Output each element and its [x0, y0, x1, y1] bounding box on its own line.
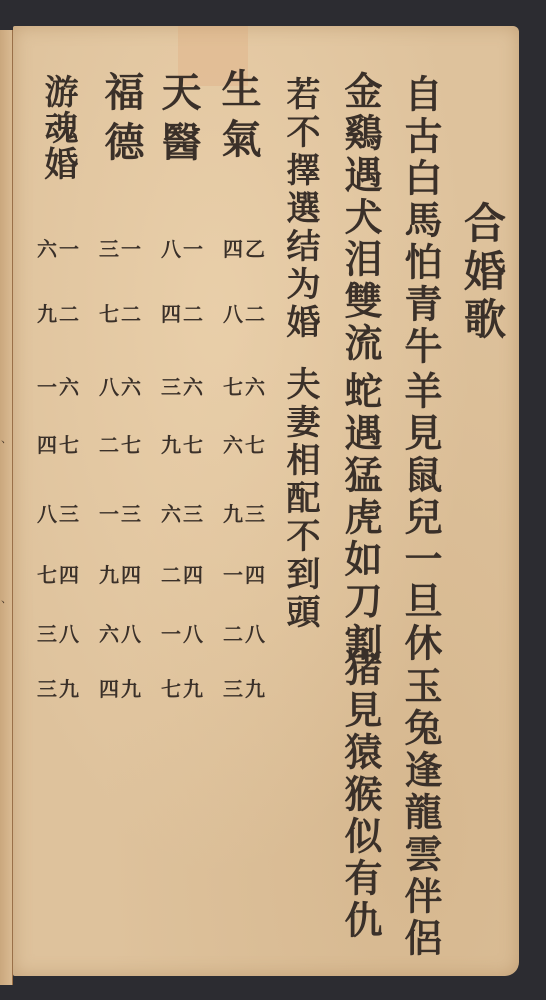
number-pair: 三六: [161, 371, 223, 400]
number-pair: 九七: [161, 429, 223, 458]
number-row: 一六八六三六七六: [37, 371, 285, 400]
verse-line: 羊見鼠兒一旦休: [401, 371, 439, 665]
number-pair: 八六: [99, 371, 161, 400]
number-pair: 六一: [37, 233, 99, 262]
number-pair: 六七: [223, 429, 285, 458]
number-pair: 二八: [223, 618, 285, 647]
number-row: 三八六八一八二八: [37, 618, 285, 647]
number-pair: 九三: [223, 498, 285, 527]
conclusion-line: 若不擇選结为婚: [283, 76, 317, 342]
number-pair: 九四: [99, 559, 161, 588]
number-pair: 三九: [223, 673, 285, 702]
page-title: 合婚歌: [461, 201, 503, 345]
number-pair: 四乙: [223, 233, 285, 262]
number-pair: 三一: [99, 233, 161, 262]
number-pair: 三九: [37, 673, 99, 702]
category-label: 游魂婚: [41, 74, 75, 182]
number-pair: 八二: [223, 298, 285, 327]
number-pair: 四七: [37, 429, 99, 458]
adjacent-page-mark: 、: [1, 590, 12, 606]
number-pair: 九二: [37, 298, 99, 327]
number-pair: 二四: [161, 559, 223, 588]
category-label: 天醫: [158, 71, 198, 171]
number-pair: 一六: [37, 371, 99, 400]
verse-line: 金鷄遇犬泪雙流: [341, 71, 379, 365]
manuscript-page: 合婚歌 自古白馬怕青牛 羊見鼠兒一旦休 玉兔逢龍雲伴侶 金鷄遇犬泪雙流 蛇遇猛虎…: [13, 26, 519, 976]
number-pair: 一四: [223, 559, 285, 588]
number-pair: 八一: [161, 233, 223, 262]
number-pair: 六八: [99, 618, 161, 647]
adjacent-page-mark: 、: [1, 430, 12, 446]
number-pair: 三八: [37, 618, 99, 647]
number-pair: 六三: [161, 498, 223, 527]
number-row: 九二七二四二八二: [37, 298, 285, 327]
adjacent-page-edge: 、 、: [0, 30, 13, 985]
verse-line: 蛇遇猛虎如刀割: [341, 371, 379, 665]
number-pair: 七九: [161, 673, 223, 702]
number-row: 七四九四二四一四: [37, 559, 285, 588]
number-row: 四七二七九七六七: [37, 429, 285, 458]
number-pair: 二七: [99, 429, 161, 458]
number-pair: 七二: [99, 298, 161, 327]
number-pair: 四二: [161, 298, 223, 327]
number-pair: 七六: [223, 371, 285, 400]
category-label: 生氣: [218, 68, 258, 168]
category-label: 福德: [101, 71, 141, 171]
number-row: 三九四九七九三九: [37, 673, 285, 702]
verse-line: 玉兔逢龍雲伴侶: [401, 666, 439, 960]
number-pair: 一八: [161, 618, 223, 647]
number-pair: 七四: [37, 559, 99, 588]
number-pair: 八三: [37, 498, 99, 527]
verse-line: 猪見猿猴似有仇: [341, 648, 379, 942]
conclusion-line: 夫妻相配不到頭: [283, 366, 317, 632]
number-pair: 一三: [99, 498, 161, 527]
number-row: 六一三一八一四乙: [37, 233, 285, 262]
verse-line: 自古白馬怕青牛: [401, 74, 439, 368]
number-row: 八三一三六三九三: [37, 498, 285, 527]
number-pair: 四九: [99, 673, 161, 702]
